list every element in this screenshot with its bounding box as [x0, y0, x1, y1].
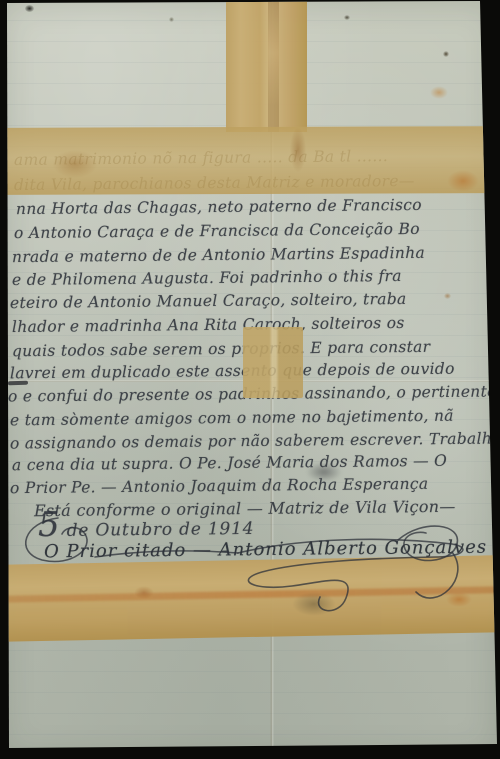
paper-edge-notch	[25, 5, 34, 12]
handwritten-line: a cena dia ut supra. O Pe. José Maria do…	[12, 453, 447, 475]
date-line: 5 de Outubro de 1914	[38, 515, 255, 541]
stain	[443, 51, 449, 57]
photo-background: ama matrimonio nõ na figura ..... da Ba …	[0, 0, 500, 759]
tape-strip-vertical	[226, 0, 307, 132]
handwritten-line: e tam sòmente amigos com o nome no bajet…	[10, 408, 454, 430]
handwritten-line: nrada e materno de de Antonio Martins Es…	[12, 245, 425, 266]
tape-strip-horizontal-bottom	[5, 555, 496, 641]
handwritten-line: eteiro de Antonio Manuel Caraço, solteir…	[10, 291, 407, 312]
stain	[444, 293, 451, 299]
handwritten-line: o Antonio Caraça e de Francisca da Conce…	[14, 221, 420, 242]
stain	[134, 586, 154, 599]
paper-sheet: ama matrimonio nõ na figura ..... da Ba …	[0, 0, 500, 759]
stain	[446, 592, 472, 607]
margin-dash-mark	[8, 381, 28, 386]
stain	[430, 86, 448, 99]
handwritten-line: o Prior Pe. — Antonio Joaquim da Rocha E…	[10, 476, 429, 497]
stain	[292, 592, 336, 616]
handwritten-line: lavrei em duplicado este assento que dep…	[10, 361, 455, 383]
handwritten-line: o assignando os demais por não saberem e…	[10, 430, 500, 452]
stain	[169, 17, 174, 22]
stain	[344, 15, 350, 20]
stain	[447, 170, 479, 192]
stain	[290, 128, 306, 172]
handwritten-line: nna Horta das Chagas, neto paterno de Fr…	[16, 197, 422, 218]
handwritten-line: lhador e madrinha Ana Rita Caroch, solte…	[12, 315, 405, 336]
stain	[52, 150, 98, 178]
handwritten-line: e de Philomena Augusta. Foi padrinho o t…	[12, 268, 402, 289]
handwritten-line: quais todos sabe serem os proprios. E pa…	[12, 339, 431, 360]
ink-smudge	[306, 462, 342, 482]
tape-patch-center	[243, 327, 303, 398]
